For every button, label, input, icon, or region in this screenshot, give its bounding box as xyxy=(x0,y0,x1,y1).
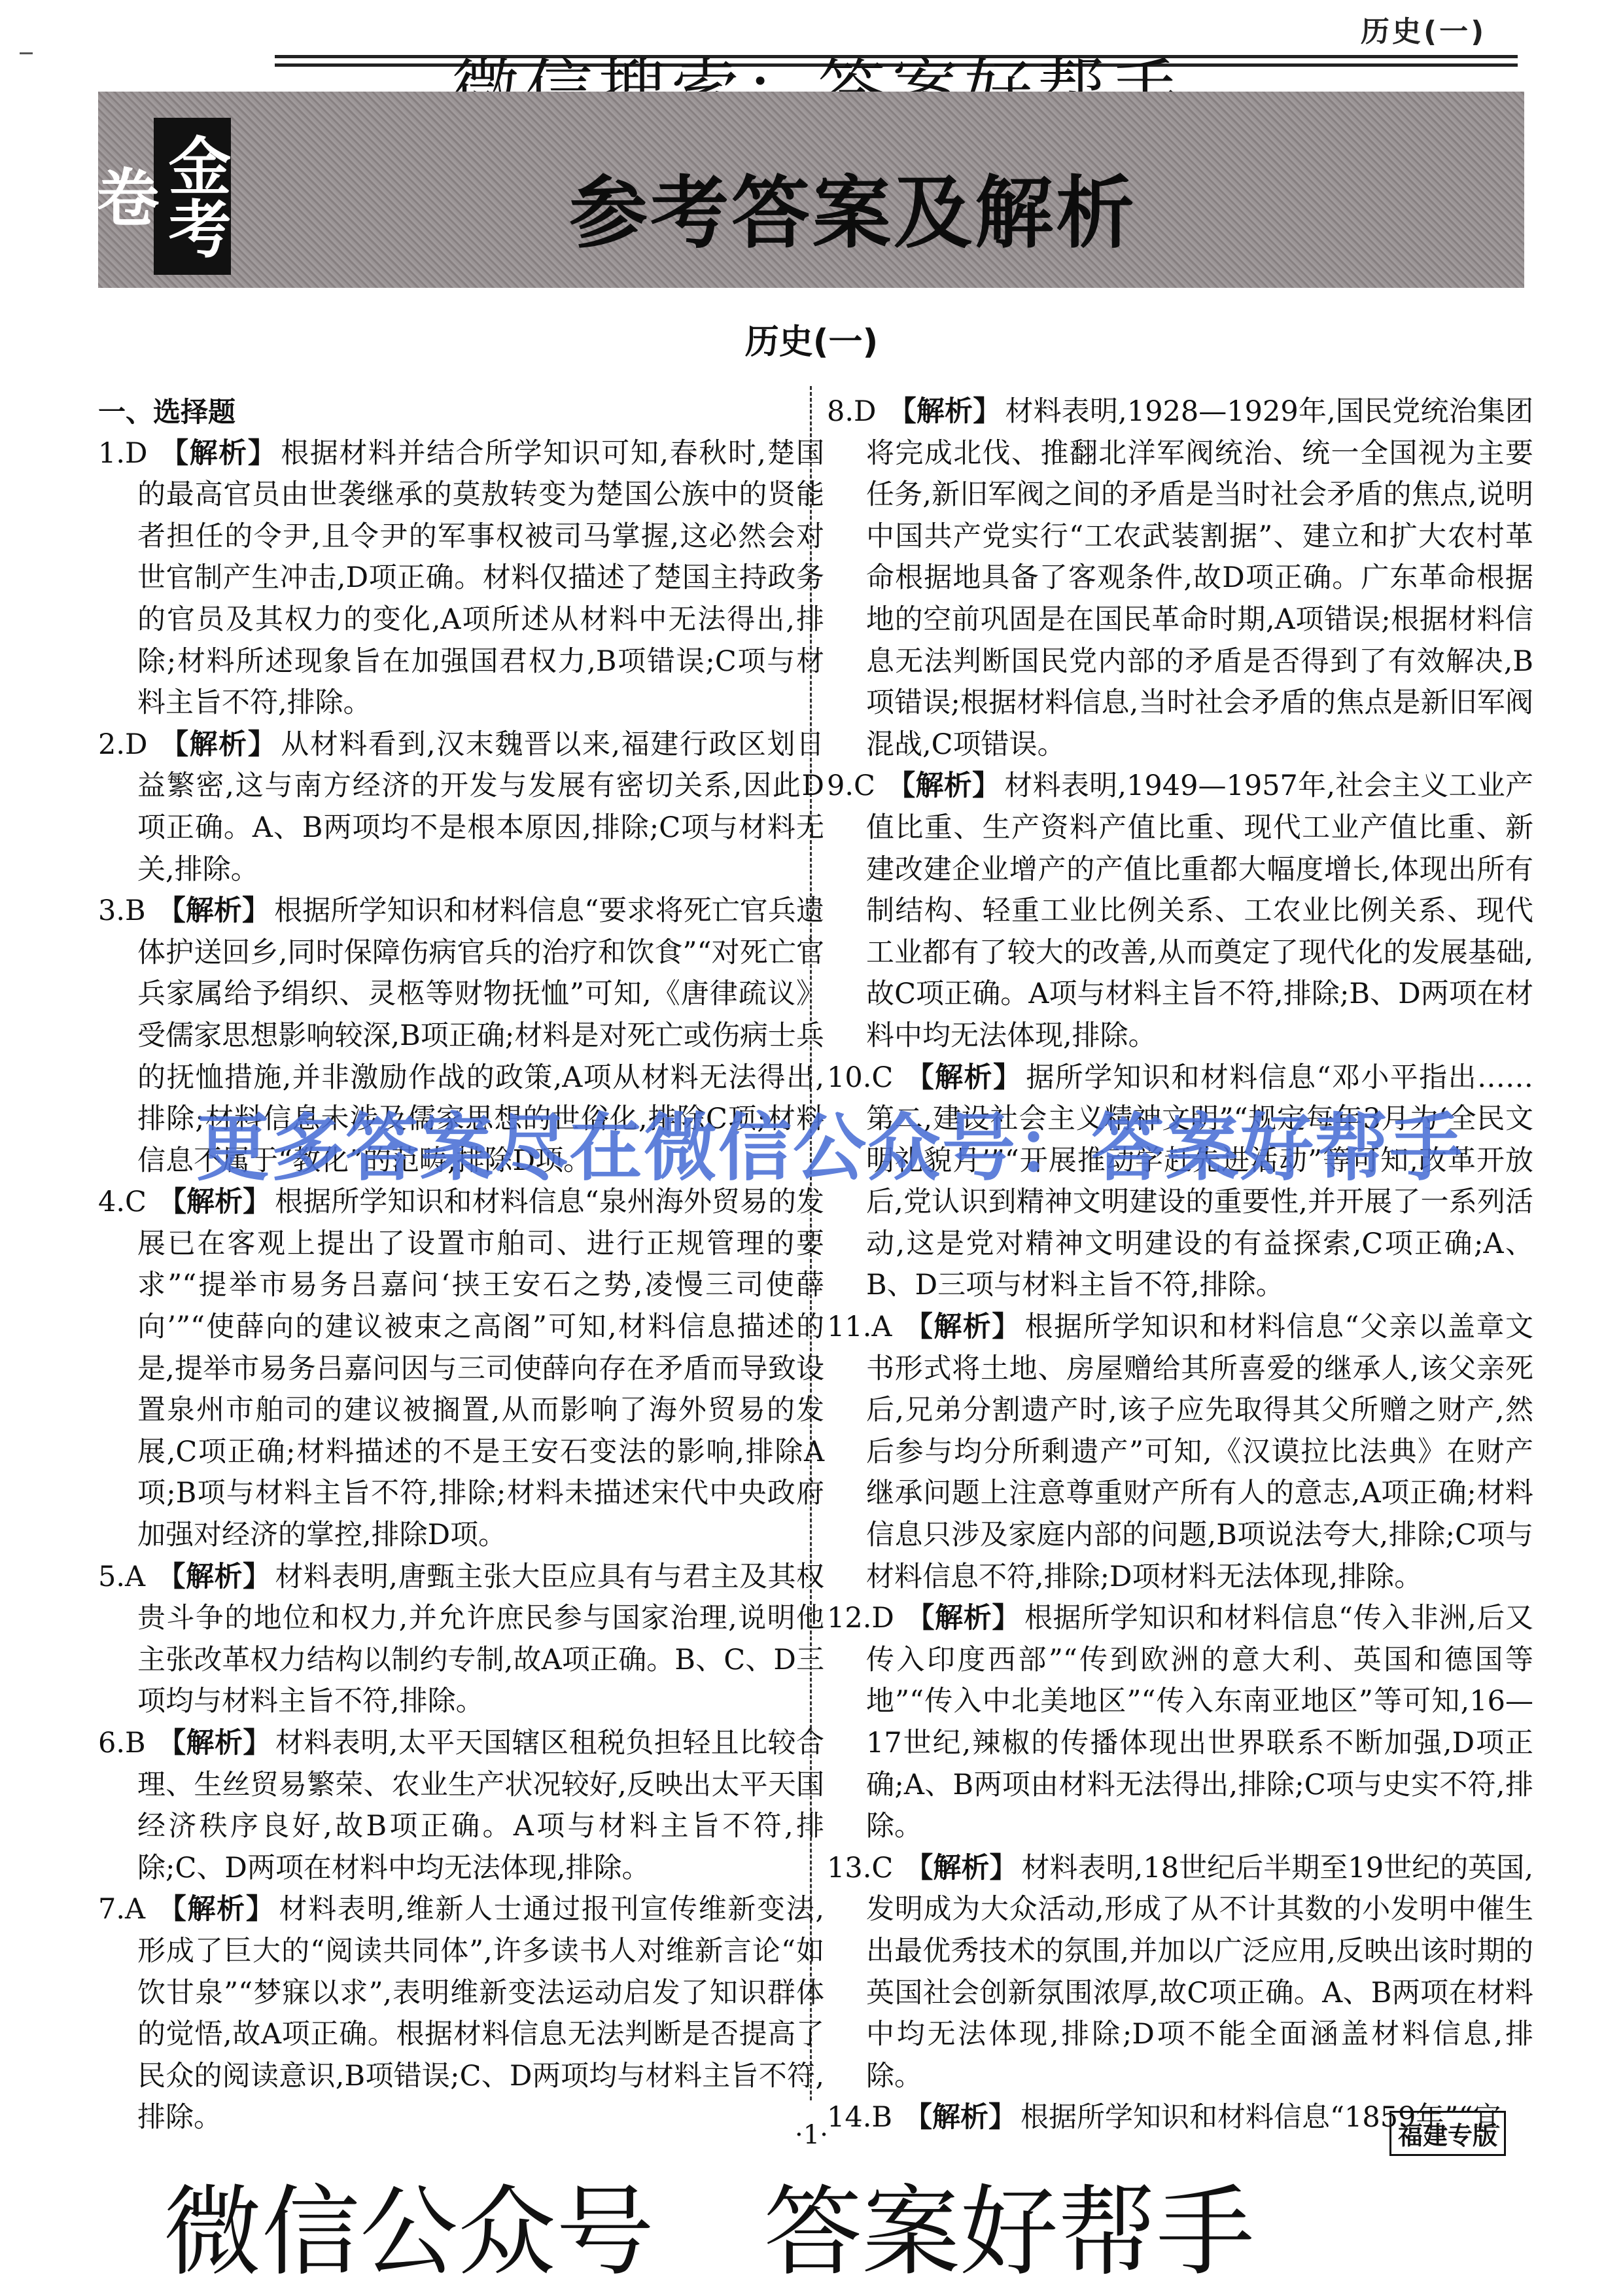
watermark-middle: 更多答案尽在微信公众号：答案好帮手 xyxy=(196,1089,1464,1195)
answer-item: 7.A【解析】材料表明,维新人士通过报刊宣传维新变法,形成了巨大的“阅读共同体”… xyxy=(98,1889,824,2139)
analysis-tag: 【解析】 xyxy=(906,1602,1021,1634)
answer-letter: D xyxy=(125,437,147,470)
answer-number: 3. xyxy=(98,894,125,927)
analysis-tag: 【解析】 xyxy=(158,894,271,927)
analysis-tag: 【解析】 xyxy=(158,1727,271,1759)
answer-number: 1. xyxy=(98,437,125,470)
answer-item: 8.D【解析】材料表明,1928—1929年,国民党统治集团将完成北伐、推翻北洋… xyxy=(827,391,1533,766)
answer-letter: B xyxy=(125,1727,146,1759)
answer-item: 13.C【解析】材料表明,18世纪后半期至19世纪的英国,发明成为大众活动,形成… xyxy=(827,1848,1533,2098)
answer-number: 4. xyxy=(98,1186,125,1218)
answer-number: 9. xyxy=(827,769,854,802)
section-heading: 一、选择题 xyxy=(98,391,824,433)
seal-logo: 金考卷 xyxy=(154,118,231,275)
answer-explanation: 根据所学知识和材料信息“泉州海外贸易的发展已在客观上提出了设置市舶司、进行正规管… xyxy=(137,1186,824,1551)
answer-number: 6. xyxy=(98,1727,125,1759)
answer-number: 13. xyxy=(827,1852,871,1884)
answer-item: 2.D【解析】从材料看到,汉末魏晋以来,福建行政区划日益繁密,这与南方经济的开发… xyxy=(98,724,824,891)
answer-item: 5.A【解析】材料表明,唐甄主张大臣应具有与君主及其权贵斗争的地位和权力,并允许… xyxy=(98,1557,824,1723)
answer-explanation: 根据材料并结合所学知识可知,春秋时,楚国的最高官员由世袭继承的莫敖转变为楚国公族… xyxy=(137,437,824,720)
answer-item: 12.D【解析】根据所学知识和材料信息“传入非洲,后又传入印度西部”“传到欧洲的… xyxy=(827,1598,1533,1848)
answer-letter: D xyxy=(125,728,147,761)
corner-section-label: 历史(一) xyxy=(1361,8,1486,50)
answer-number: 10. xyxy=(827,1061,871,1094)
answer-letter: C xyxy=(871,1852,893,1884)
answer-item: 6.B【解析】材料表明,太平天国辖区租税负担轻且比较合理、生丝贸易繁荣、农业生产… xyxy=(98,1723,824,1889)
answer-number: 12. xyxy=(827,1602,871,1634)
banner-title: 参考答案及解析 xyxy=(569,150,1137,263)
answer-item: 1.D【解析】根据材料并结合所学知识可知,春秋时,楚国的最高官员由世袭继承的莫敖… xyxy=(98,433,824,724)
header-rule-left xyxy=(20,52,33,54)
answer-letter: B xyxy=(125,894,146,927)
analysis-tag: 【解析】 xyxy=(888,395,1002,428)
right-column: 8.D【解析】材料表明,1928—1929年,国民党统治集团将完成北伐、推翻北洋… xyxy=(827,391,1533,2139)
answer-letter: C xyxy=(854,769,875,802)
answer-letter: C xyxy=(871,1061,893,1094)
answer-explanation: 材料表明,1949—1957年,社会主义工业产值比重、生产资料产值比重、现代工业… xyxy=(866,769,1533,1052)
answer-letter: C xyxy=(125,1186,147,1218)
answer-number: 5. xyxy=(98,1561,125,1593)
answer-number: 2. xyxy=(98,728,125,761)
watermark-bottom: 微信公众号 答案好帮手 xyxy=(164,2153,1255,2294)
analysis-tag: 【解析】 xyxy=(160,728,277,761)
analysis-tag: 【解析】 xyxy=(160,437,277,470)
left-column: 一、选择题 1.D【解析】根据材料并结合所学知识可知,春秋时,楚国的最高官员由世… xyxy=(98,391,824,2139)
answer-item: 9.C【解析】材料表明,1949—1957年,社会主义工业产值比重、生产资料产值… xyxy=(827,766,1533,1057)
answer-item: 11.A【解析】根据所学知识和材料信息“父亲以盖章文书形式将土地、房屋赠给其所喜… xyxy=(827,1307,1533,1598)
analysis-tag: 【解析】 xyxy=(157,1561,271,1593)
answer-item: 4.C【解析】根据所学知识和材料信息“泉州海外贸易的发展已在客观上提出了设置市舶… xyxy=(98,1182,824,1556)
answer-letter: D xyxy=(854,395,876,428)
answer-letter: A xyxy=(125,1893,145,1926)
answer-number: 8. xyxy=(827,395,854,428)
analysis-tag: 【解析】 xyxy=(905,1061,1022,1094)
page-number: ·1· xyxy=(0,2120,1623,2150)
analysis-tag: 【解析】 xyxy=(887,769,1000,802)
answer-explanation: 根据所学知识和材料信息“传入非洲,后又传入印度西部”“传到欧洲的意大利、英国和德… xyxy=(866,1602,1533,1843)
answer-explanation: 根据所学知识和材料信息“父亲以盖章文书形式将土地、房屋赠给其所喜爱的继承人,该父… xyxy=(866,1311,1533,1593)
answer-letter: D xyxy=(871,1602,894,1634)
document-title: 历史(一) xyxy=(0,314,1623,363)
answer-explanation: 材料表明,1928—1929年,国民党统治集团将完成北伐、推翻北洋军阀统治、统一… xyxy=(866,395,1533,761)
title-banner: 金考卷 参考答案及解析 xyxy=(98,92,1524,288)
answer-letter: A xyxy=(871,1311,892,1343)
answer-explanation: 材料表明,维新人士通过报刊宣传维新变法,形成了巨大的“阅读共同体”,许多读书人对… xyxy=(137,1893,824,2134)
edition-badge: 福建专版 xyxy=(1389,2111,1506,2156)
answer-explanation: 材料表明,18世纪后半期至19世纪的英国,发明成为大众活动,形成了从不计其数的小… xyxy=(866,1852,1533,2093)
answer-number: 11. xyxy=(827,1311,871,1343)
analysis-tag: 【解析】 xyxy=(903,1311,1021,1343)
analysis-tag: 【解析】 xyxy=(905,1852,1017,1884)
analysis-tag: 【解析】 xyxy=(157,1893,275,1926)
answer-letter: A xyxy=(125,1561,145,1593)
answer-number: 7. xyxy=(98,1893,125,1926)
